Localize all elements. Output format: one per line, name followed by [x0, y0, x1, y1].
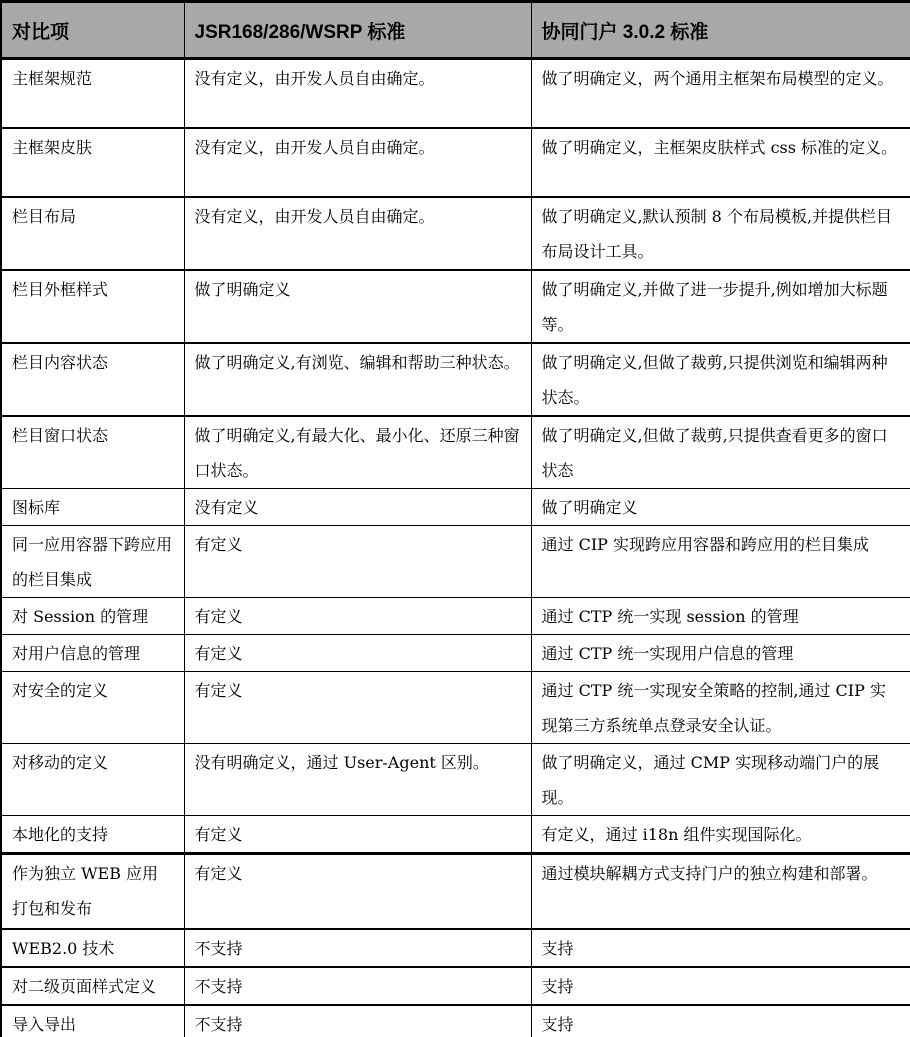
cell-jsr: 有定义 — [184, 525, 531, 597]
header-cell-item: 对比项 — [1, 2, 184, 59]
cell-item: 对 Session 的管理 — [1, 597, 184, 634]
cell-cop: 做了明确定义，通过 CMP 实现移动端门户的展现。 — [531, 743, 910, 815]
cell-jsr: 做了明确定义,有浏览、编辑和帮助三种状态。 — [184, 343, 531, 416]
comparison-table: 对比项 JSR168/286/WSRP 标准 协同门户 3.0.2 标准 主框架… — [0, 0, 910, 1037]
table-row: 栏目内容状态 做了明确定义,有浏览、编辑和帮助三种状态。 做了明确定义,但做了裁… — [1, 343, 910, 416]
cell-jsr: 做了明确定义,有最大化、最小化、还原三种窗口状态。 — [184, 416, 531, 489]
header-cell-jsr-standard: JSR168/286/WSRP 标准 — [184, 2, 531, 59]
cell-jsr: 做了明确定义 — [184, 270, 531, 343]
cell-jsr: 不支持 — [184, 929, 531, 967]
cell-jsr: 有定义 — [184, 853, 531, 929]
table-row: 主框架规范 没有定义，由开发人员自由确定。 做了明确定义，两个通用主框架布局模型… — [1, 59, 910, 128]
cell-item: 作为独立 WEB 应用打包和发布 — [1, 853, 184, 929]
table-row: 栏目外框样式 做了明确定义 做了明确定义,并做了进一步提升,例如增加大标题等。 — [1, 270, 910, 343]
table-row: 对用户信息的管理 有定义 通过 CTP 统一实现用户信息的管理 — [1, 634, 910, 671]
cell-cop: 支持 — [531, 929, 910, 967]
cell-jsr: 有定义 — [184, 634, 531, 671]
cell-jsr: 没有定义，由开发人员自由确定。 — [184, 128, 531, 197]
cell-item: 栏目窗口状态 — [1, 416, 184, 489]
cell-item: 对移动的定义 — [1, 743, 184, 815]
cell-item: 栏目外框样式 — [1, 270, 184, 343]
cell-cop: 支持 — [531, 967, 910, 1005]
table-row: 图标库 没有定义 做了明确定义 — [1, 488, 910, 525]
table-row: 作为独立 WEB 应用打包和发布 有定义 通过模块解耦方式支持门户的独立构建和部… — [1, 853, 910, 929]
table-row: 栏目布局 没有定义，由开发人员自由确定。 做了明确定义,默认预制 8 个布局模板… — [1, 197, 910, 270]
cell-jsr: 有定义 — [184, 815, 531, 853]
table-row: WEB2.0 技术 不支持 支持 — [1, 929, 910, 967]
table-row: 主框架皮肤 没有定义，由开发人员自由确定。 做了明确定义，主框架皮肤样式 css… — [1, 128, 910, 197]
cell-item: 对二级页面样式定义 — [1, 967, 184, 1005]
cell-jsr: 没有明确定义，通过 User-Agent 区别。 — [184, 743, 531, 815]
cell-cop: 通过模块解耦方式支持门户的独立构建和部署。 — [531, 853, 910, 929]
cell-jsr: 有定义 — [184, 671, 531, 743]
table-row: 对移动的定义 没有明确定义，通过 User-Agent 区别。 做了明确定义，通… — [1, 743, 910, 815]
cell-jsr: 不支持 — [184, 1005, 531, 1037]
cell-jsr: 有定义 — [184, 597, 531, 634]
cell-item: WEB2.0 技术 — [1, 929, 184, 967]
cell-jsr: 没有定义，由开发人员自由确定。 — [184, 197, 531, 270]
cell-item: 栏目布局 — [1, 197, 184, 270]
cell-jsr: 不支持 — [184, 967, 531, 1005]
cell-cop: 通过 CTP 统一实现安全策略的控制,通过 CIP 实现第三方系统单点登录安全认… — [531, 671, 910, 743]
cell-cop: 支持 — [531, 1005, 910, 1037]
cell-cop: 做了明确定义,但做了裁剪,只提供浏览和编辑两种状态。 — [531, 343, 910, 416]
cell-item: 主框架规范 — [1, 59, 184, 128]
cell-cop: 通过 CTP 统一实现 session 的管理 — [531, 597, 910, 634]
cell-cop: 有定义，通过 i18n 组件实现国际化。 — [531, 815, 910, 853]
cell-cop: 做了明确定义,并做了进一步提升,例如增加大标题等。 — [531, 270, 910, 343]
header-cell-cop-standard: 协同门户 3.0.2 标准 — [531, 2, 910, 59]
cell-cop: 做了明确定义，两个通用主框架布局模型的定义。 — [531, 59, 910, 128]
cell-cop: 通过 CIP 实现跨应用容器和跨应用的栏目集成 — [531, 525, 910, 597]
cell-jsr: 没有定义，由开发人员自由确定。 — [184, 59, 531, 128]
cell-item: 同一应用容器下跨应用的栏目集成 — [1, 525, 184, 597]
cell-item: 导入导出 — [1, 1005, 184, 1037]
cell-jsr: 没有定义 — [184, 488, 531, 525]
table-row: 对二级页面样式定义 不支持 支持 — [1, 967, 910, 1005]
cell-cop: 做了明确定义，主框架皮肤样式 css 标准的定义。 — [531, 128, 910, 197]
cell-item: 对用户信息的管理 — [1, 634, 184, 671]
cell-item: 图标库 — [1, 488, 184, 525]
cell-item: 本地化的支持 — [1, 815, 184, 853]
table-row: 导入导出 不支持 支持 — [1, 1005, 910, 1037]
cell-item: 主框架皮肤 — [1, 128, 184, 197]
table-row: 对 Session 的管理 有定义 通过 CTP 统一实现 session 的管… — [1, 597, 910, 634]
cell-cop: 做了明确定义 — [531, 488, 910, 525]
cell-item: 对安全的定义 — [1, 671, 184, 743]
table-header-row: 对比项 JSR168/286/WSRP 标准 协同门户 3.0.2 标准 — [1, 2, 910, 59]
table-row: 对安全的定义 有定义 通过 CTP 统一实现安全策略的控制,通过 CIP 实现第… — [1, 671, 910, 743]
table-row: 栏目窗口状态 做了明确定义,有最大化、最小化、还原三种窗口状态。 做了明确定义,… — [1, 416, 910, 489]
cell-item: 栏目内容状态 — [1, 343, 184, 416]
table-row: 同一应用容器下跨应用的栏目集成 有定义 通过 CIP 实现跨应用容器和跨应用的栏… — [1, 525, 910, 597]
table-row: 本地化的支持 有定义 有定义，通过 i18n 组件实现国际化。 — [1, 815, 910, 853]
cell-cop: 做了明确定义,默认预制 8 个布局模板,并提供栏目布局设计工具。 — [531, 197, 910, 270]
cell-cop: 通过 CTP 统一实现用户信息的管理 — [531, 634, 910, 671]
cell-cop: 做了明确定义,但做了裁剪,只提供查看更多的窗口状态 — [531, 416, 910, 489]
